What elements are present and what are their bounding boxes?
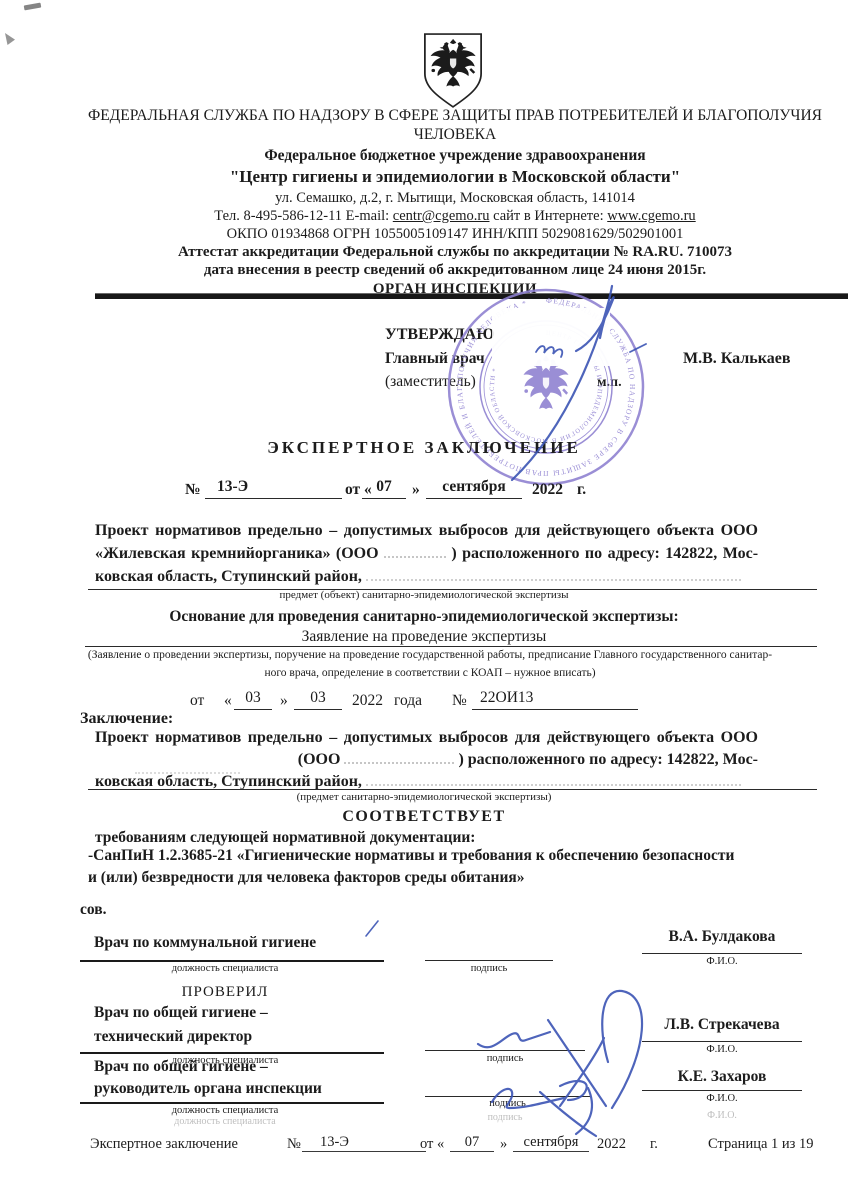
signature-mark-row1 [366,921,378,936]
signature-row3 [492,1081,596,1136]
scanned-document-page: ФЕДЕРАЛЬНАЯ СЛУЖБА ПО НАДЗОРУ В СФЕРЕ ЗА… [0,0,848,1200]
approver-signature-stroke [512,286,612,480]
pen-signatures-overlay [0,0,848,1200]
